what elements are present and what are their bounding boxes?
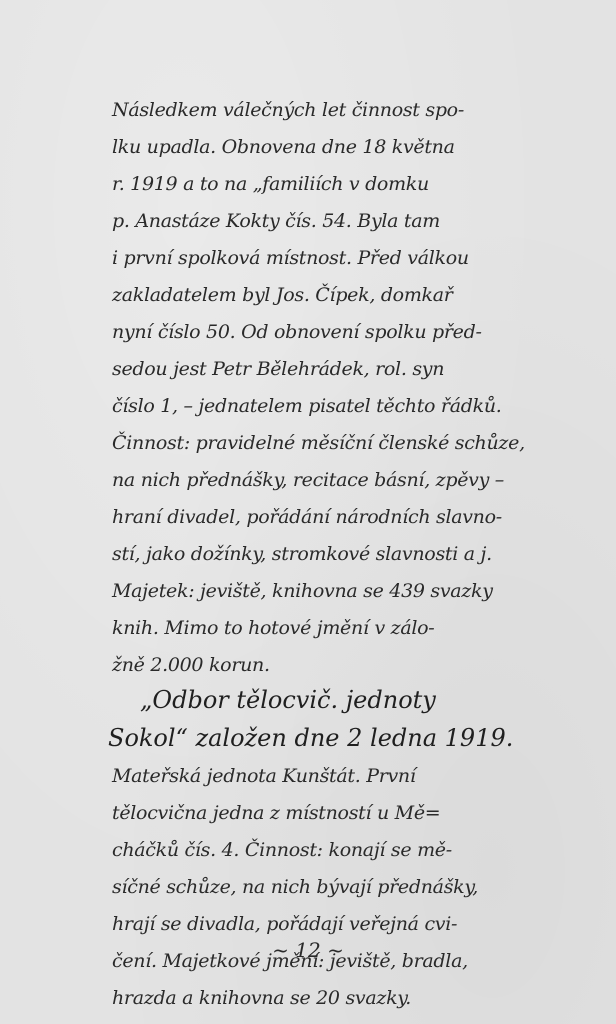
text-line: knih. Mimo to hotové jmění v zálo- xyxy=(112,614,434,642)
text-line: na nich přednášky, recitace básní, zpěvy… xyxy=(112,466,504,494)
text-line: Následkem válečných let činnost spo- xyxy=(112,96,464,124)
text-line: stí, jako dožínky, stromkové slavnosti a… xyxy=(112,540,492,568)
section-heading-line: „Odbor tělocvič. jednoty xyxy=(140,686,436,714)
scanned-page: Následkem válečných let činnost spo- lku… xyxy=(0,0,616,1024)
text-line: lku upadla. Obnovena dne 18 května xyxy=(112,133,455,161)
text-line: r. 1919 a to na „familiích v domku xyxy=(112,170,429,198)
text-line: p. Anastáze Kokty čís. 54. Byla tam xyxy=(112,207,440,235)
section-heading-line: Sokol“ založen dne 2 ledna 1919. xyxy=(108,724,513,752)
page-number: ~ 12 ~ xyxy=(258,938,358,962)
text-line: cháčků čís. 4. Činnost: konají se mě- xyxy=(112,836,452,864)
text-line: žně 2.000 korun. xyxy=(112,651,270,679)
text-line: číslo 1, – jednatelem pisatel těchto řád… xyxy=(112,392,502,420)
text-line: zakladatelem byl Jos. Čípek, domkař xyxy=(112,281,453,309)
text-line: nyní číslo 50. Od obnovení spolku před- xyxy=(112,318,482,346)
text-line: tělocvična jedna z místností u Mě= xyxy=(112,799,440,827)
text-line: hrají se divadla, pořádají veřejná cvi- xyxy=(112,910,457,938)
text-line: hrazda a knihovna se 20 svazky. xyxy=(112,984,411,1012)
text-line: sedou jest Petr Bělehrádek, rol. syn xyxy=(112,355,444,383)
text-line: Mateřská jednota Kunštát. První xyxy=(112,762,416,790)
text-line: Činnost: pravidelné měsíční členské schů… xyxy=(112,429,525,457)
text-line: hraní divadel, pořádání národních slavno… xyxy=(112,503,502,531)
text-line: Majetek: jeviště, knihovna se 439 svazky xyxy=(112,577,493,605)
text-line: síčné schůze, na nich bývají přednášky, xyxy=(112,873,478,901)
text-line: i první spolková místnost. Před válkou xyxy=(112,244,469,272)
